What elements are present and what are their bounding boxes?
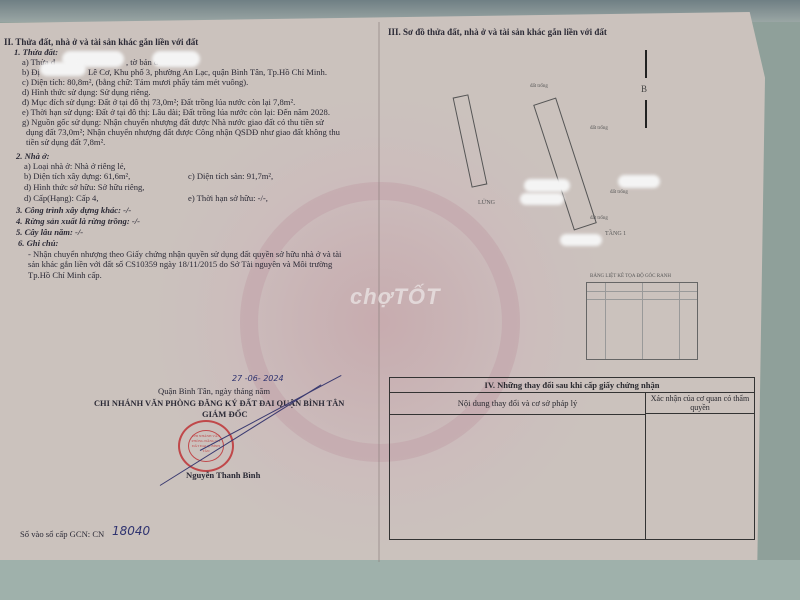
changes-table: IV. Những thay đổi sau khi cấp giấy chứn… — [389, 377, 755, 540]
changes-table-title: IV. Những thay đổi sau khi cấp giấy chứn… — [390, 378, 754, 393]
registry-number: 18040 — [112, 524, 150, 538]
changes-col-content: Nội dung thay đổi và cơ sở pháp lý — [390, 393, 646, 415]
redaction-map-4 — [560, 234, 602, 246]
redaction-address — [40, 62, 86, 76]
north-label: B — [641, 84, 647, 94]
neighbor-bottom: đất trống — [590, 216, 608, 221]
coordinate-table — [586, 282, 698, 360]
signer-name: Nguyễn Thanh Bình — [186, 470, 260, 481]
land-origin-3: tiền sử dụng đất 7,8m². — [26, 137, 105, 148]
perennial-trees: 5. Cây lâu năm: -/- — [16, 227, 83, 238]
notes-line-3: Tp.Hồ Chí Minh cấp. — [28, 270, 102, 281]
label-floor1: TẦNG 1 — [605, 231, 626, 237]
redaction-map-sheet — [152, 51, 200, 67]
changes-col-confirm: Xác nhận của cơ quan có thẩm quyền — [646, 393, 754, 414]
north-arrow-icon — [645, 50, 647, 78]
handwritten-date: 27 -06- 2024 — [232, 374, 284, 383]
label-mezzanine: LỬNG — [478, 200, 495, 206]
background-table-surface — [0, 560, 800, 600]
house-ownership: d) Hình thức sở hữu: Sở hữu riêng, — [24, 182, 144, 193]
redaction-map-3 — [618, 175, 660, 188]
watermark-logo: chợTỐT — [350, 284, 440, 310]
neighbor-right: đất trống — [590, 126, 608, 131]
notes-line-2: sản khác gắn liền với đất số CS10359 ngà… — [28, 259, 332, 270]
house-build-area: b) Diện tích xây dựng: 61,6m², — [24, 171, 130, 182]
place-date: Quận Bình Tân, ngày tháng năm — [158, 386, 270, 397]
registry-label: Số vào sổ cấp GCN: CN — [20, 529, 104, 540]
section-iii-title: III. Sơ đồ thửa đất, nhà ở và tài sản kh… — [388, 27, 607, 37]
notes-heading: 6. Ghi chú: — [18, 238, 58, 249]
redaction-map-2 — [520, 193, 564, 205]
coordinate-table-title: BẢNG LIỆT KÊ TỌA ĐỘ GÓC RANH — [590, 274, 671, 279]
neighbor-right-2: đất trống — [610, 190, 628, 195]
signer-position: GIÁM ĐỐC — [202, 409, 248, 420]
issuing-office: CHI NHÁNH VĂN PHÒNG ĐĂNG KÝ ĐẤT ĐAI QUẬN… — [94, 398, 344, 409]
house-grade: d) Cấp(Hạng): Cấp 4, — [24, 193, 98, 204]
house-term: e) Thời hạn sở hữu: -/-, — [188, 193, 268, 204]
house-floor-area: c) Diện tích sàn: 91,7m², — [188, 171, 273, 182]
forest: 4. Rừng sản xuất là rừng trồng: -/- — [16, 216, 140, 227]
north-arrow-tail — [645, 100, 647, 128]
changes-table-divider — [645, 414, 646, 539]
neighbor-top: đất trống — [530, 84, 548, 89]
other-works: 3. Công trình xây dựng khác: -/- — [16, 205, 131, 216]
redaction-map-1 — [524, 179, 570, 192]
